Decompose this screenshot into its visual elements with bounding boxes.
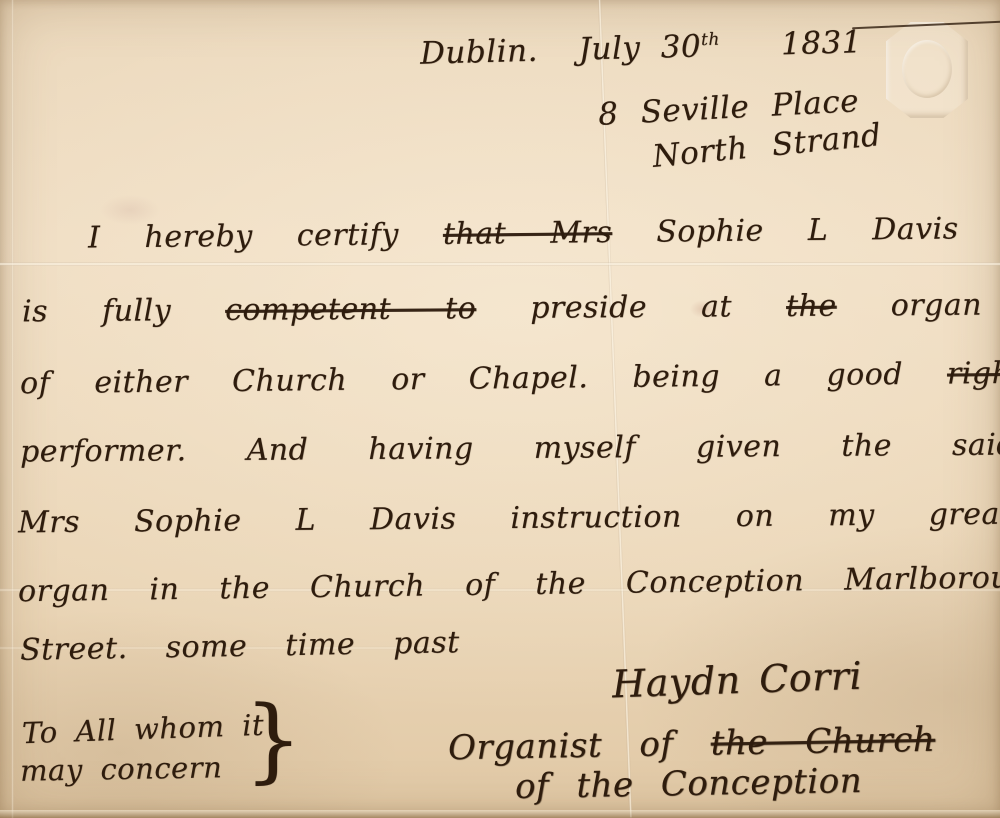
text-segment: To All whom it — [21, 708, 264, 750]
text-segment: Organist of — [448, 724, 711, 769]
text-segment: Sophie L Davis — [612, 211, 959, 250]
signature-title-line-1: Organist of the Church — [448, 720, 936, 768]
text-segment: of either Church or Chapel. being a good — [20, 357, 947, 402]
text-segment: th — [701, 30, 720, 50]
fold-crease-left-edge — [11, 0, 14, 818]
text-segment: 1831 — [719, 24, 862, 64]
text-segment: July 30 — [578, 28, 702, 67]
text-segment: preside at — [476, 289, 786, 326]
text-segment: Street. some time past — [20, 625, 460, 668]
text-segment: Dublin. — [420, 32, 579, 72]
struck-text: the Church — [710, 720, 935, 764]
fold-crease-horizontal-upper — [0, 262, 1000, 266]
struck-text: the — [786, 289, 837, 324]
body-line-7: Street. some time past — [20, 625, 460, 668]
body-line-2: is fully competent to preside at the org… — [22, 288, 982, 330]
attention-line-1: To All whom it — [21, 708, 264, 750]
signature-title-line-2: of the Conception — [515, 761, 863, 807]
text-segment: Mrs Sophie L Davis instruction on my gre… — [18, 497, 1000, 541]
attention-brace: } — [244, 694, 303, 786]
dateline: Dublin. July 30th 1831 — [420, 24, 863, 72]
body-line-4: performer. And having myself given the s… — [20, 428, 1000, 470]
body-line-6: organ in the Church of the Conception Ma… — [18, 560, 1000, 609]
text-segment: is fully — [22, 293, 225, 329]
embossed-seal-icon — [886, 22, 968, 118]
letter-paper: Dublin. July 30th 1831 8 Seville Place N… — [0, 0, 1000, 818]
body-line-1: I hereby certify that Mrs Sophie L Davis — [88, 211, 959, 255]
text-segment: Haydn Corri — [611, 654, 862, 707]
struck-text: competent to — [225, 291, 476, 328]
struck-text: right — [947, 356, 1000, 392]
text-segment: performer. And having myself given the s… — [20, 428, 1000, 470]
text-segment: organ in the Church of the Conception Ma… — [18, 560, 1000, 609]
body-line-3: of either Church or Chapel. being a good… — [20, 356, 1000, 402]
struck-text: that Mrs — [443, 215, 613, 252]
body-line-5: Mrs Sophie L Davis instruction on my gre… — [18, 497, 1000, 541]
text-segment: of the Conception — [515, 761, 863, 807]
attention-line-2: may concern — [20, 750, 223, 788]
text-segment: organ — [837, 288, 983, 324]
signature: Haydn Corri — [611, 654, 862, 707]
text-segment: may concern — [20, 750, 223, 788]
text-segment: I hereby certify — [88, 217, 443, 256]
